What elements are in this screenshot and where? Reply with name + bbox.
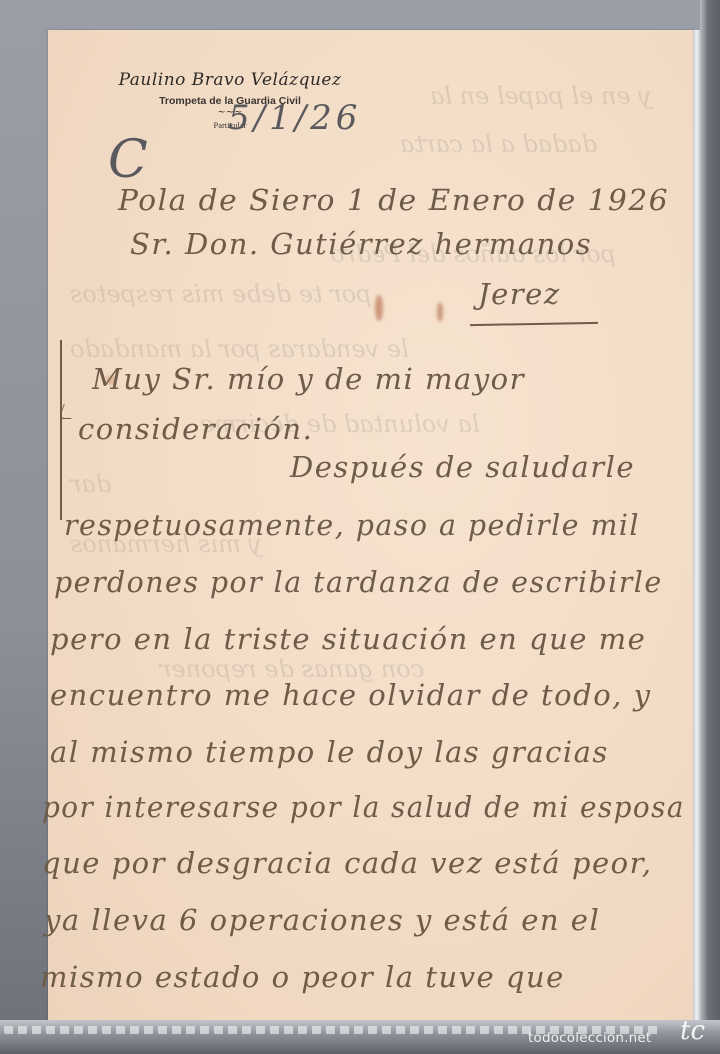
letter-line: perdones por la tardanza de escribirle bbox=[54, 565, 663, 599]
bleed-through-line: dar bbox=[70, 470, 111, 498]
sleeve-right bbox=[700, 0, 720, 1054]
bleed-through-line: y en el papel en la bbox=[430, 82, 652, 110]
watermark-text: todocoleccion.net bbox=[528, 1030, 651, 1046]
letter-place-date: Pola de Siero 1 de Enero de 1926 bbox=[118, 183, 669, 217]
pencil-date: 5/1/26 bbox=[228, 98, 361, 138]
letter-line: encuentro me hace olvidar de todo, y bbox=[50, 678, 652, 712]
letter-line: ya lleva 6 operaciones y está en el bbox=[44, 903, 600, 937]
letter-line: Muy Sr. mío y de mi mayor bbox=[92, 362, 525, 396]
letterhead-name: Paulino Bravo Velázquez bbox=[105, 70, 355, 90]
letter-line: al mismo tiempo le doy las gracias bbox=[50, 735, 609, 769]
bleed-through-line: le vendaras por la mandado bbox=[70, 335, 409, 363]
letter-line: respetuosamente, paso a pedirle mil bbox=[64, 508, 640, 542]
bleed-through-line: dadad a la carta bbox=[400, 130, 597, 158]
letter-line: que por desgracia cada vez está peor, bbox=[42, 846, 653, 880]
letter-line: consideración. bbox=[78, 412, 313, 446]
letter-recipient-city: Jerez bbox=[478, 277, 561, 311]
pencil-mark: C bbox=[108, 130, 152, 190]
bleed-through-line: por te debe mis respetos bbox=[70, 280, 372, 308]
letter-recipient: Sr. Don. Gutiérrez hermanos bbox=[130, 227, 592, 261]
rust-stain bbox=[375, 295, 383, 321]
letter-line: Después de saludarle bbox=[290, 450, 635, 484]
rust-stain bbox=[437, 302, 443, 322]
watermark-logo-icon: tc bbox=[680, 1016, 705, 1046]
letter-line: pero en la triste situación en que me bbox=[50, 622, 646, 656]
letter-line: mismo estado o peor la tuve que bbox=[40, 960, 565, 994]
margin-bracket bbox=[60, 340, 62, 520]
letter-line: por interesarse por la salud de mi espos… bbox=[42, 790, 685, 824]
